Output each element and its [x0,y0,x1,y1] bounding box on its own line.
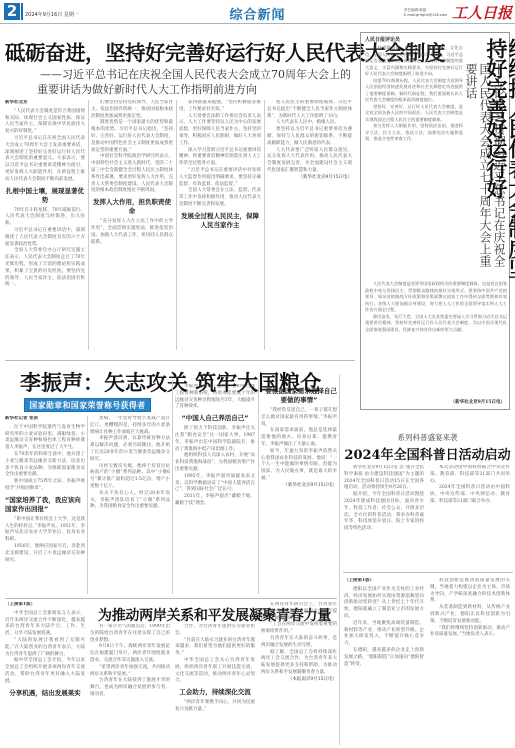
paragraph: 获得感越来越强。“坚持积极稳妥推进，工作要求有实效。” [179,100,261,114]
column-rule [264,100,265,350]
paragraph: 踔厉奋发、笃行不怠，全国人大及其常委会要深入学习贯彻习近平总书记重要讲话精神，坚… [365,314,507,334]
paragraph: 深入学习贯彻习近平总书记重要讲话精神，将重要讲话精神贯彻落实到人大工作的全过程各… [179,148,261,168]
paragraph: 从装备制造到新材料，从传统产业到新兴产业，德阳正以科技创新为引领，不断培育发展新… [430,605,510,625]
column-rule [258,380,259,594]
paragraph: 据中华全国总工会介绍，今年以来全国总工会组织开展多项两岸青年交流活动，帮助台湾青… [5,658,85,685]
commentary-body: 坚持道路自信、理论自信、制度自信、文化自信，全国人民代表大会成立70周年大会上，… [365,45,463,281]
paragraph: 有一家小名气的甜点店。1990年出生的陈姓台湾青年在这里实现了自己的创业梦想。 [90,624,170,644]
paragraph: “两岸青年要携手同心，共同为民族复兴贡献力量。” [175,700,255,714]
paragraph: 人民代表大会制度是党领导国家政权机关的重要制度载体，也是党在国家政权中充分发扬民… [365,281,507,314]
section-divider [5,598,337,599]
paragraph: “大陆的发展让我看到了无限可能。”在大陆创业的台湾青年表示，大陆为台湾青年提供了… [5,638,85,658]
lead-column-1: 新华社北京 “人民代表大会制度是符合我国国情和实际、体现社会主义国家性质、保证人… [5,100,85,355]
lead-subhead-3: 发展全过程人民民主，保障人民当家作主 [179,212,261,230]
paragraph: 2024年全国科普日活动由中国科协、中央宣传部、中央网信办、教育部、科技部等21… [430,485,510,505]
paragraph: 科技创新是推动高质量发展的关键。当地着力构建以企业为主体、市场为导向、产学研深度… [430,578,510,605]
commentary-headline[interactable]: 继续把人民代表大会制度坚持好完善好运行好 [485,38,515,278]
lead-signoff: （新华社北京9月15日电） [267,175,352,182]
lead-subheadline-line2: 重要讲话为做好新时代人大工作指明前进方向 [37,82,351,97]
commentary-body-bottom: 人民代表大会制度是党领导国家政权机关的重要制度载体，也是党在国家政权中充分发扬民… [365,281,507,405]
lead-subheadline-line1: ——习近平总书记在庆祝全国人民代表大会成立70周年大会上的 [40,68,351,81]
paragraph: 据了解，全国总工会将持续深化两岸工会交流合作，为台湾青年来大陆发展提供更多支持和… [261,650,337,677]
paragraph: 制度优势是一个国家最大的优势和最根本的优势。习近平总书记指出，“坚持好、完善好、… [91,120,173,154]
continued-column-1: （上接第1版） 德阳以全国产业作为支柱的工业经济，经济发展如何实现由资源依赖型向… [344,578,424,746]
paragraph: 习近平总书记在重要讲话中，深刻阐述了人民代表大会制度具有的六个方面显著政治优势。 [5,228,85,248]
paragraph: 位于中国科学院遗传与发育生物学研究所的小麦试验田里，满眼绿意。小麦远缘杂交育种和… [5,425,85,452]
li-subhead-1: “国家培养了我，我应该向国家作出回报” [5,496,85,514]
cross-strait-column-3: 在两岸青年研讨会上，台湾青年代表表示，大陆的发展为台湾青年提供了广阔的空间。 “… [261,602,337,746]
lead-column-3: 获得感越来越强。“坚持积极稳妥推进，工作要求有实效。” 人大常委会法制工作委员会… [179,100,261,355]
li-subhead-3: “要根据国家需求选择自己要做的事情” [261,387,337,405]
paragraph: “我们将继续坚持创新驱动，推动产业高质量发展。”当地负责人表示。 [430,626,510,640]
paragraph: 历经无数次失败，他终于培育出抗病高产的“小偃”系列品种。其中“小偃6号”累计推广… [90,464,170,491]
science-column-2: 本次活动由中国科协联合中央宣传部、教育部、科技部等21部门共同举办。 2024年… [430,465,510,545]
paragraph: 人大代表要广泛听取人民群众意见，充分发挥人大代表作用，推动人民代表大会制度发展完… [267,148,352,175]
column-rule [339,375,340,745]
paragraph: 程人民民主的重要制度载体。习近平总书记提出“不断健全人民当家作主制度体系”，为新… [267,100,352,120]
paragraph: 麦病，一年里曾导致小麦减产超百亿斤。更糟糕的是，持续多年的小麦条锈病让育种工作面… [90,416,170,436]
section-divider [343,572,513,573]
paragraph: 1956年，他响应国家号召，奔赴西北支援建设，开启了小麦远缘杂交育种研究。 [5,544,85,564]
paragraph: 合作，为台湾青年提供实习就业机会。 [175,624,255,638]
paragraph: 近年来，当地聚焦高端装备制造、新材料等产业，推动产业转型升级。企业加大研发投入，… [344,621,424,648]
science-headline[interactable]: 2024年全国科普日活动启动 [340,444,515,463]
paragraph: 除了致力于科技创新，李振声还关注着“粮食安全”这一国家大事。1987年，李振声出… [175,426,255,453]
paragraph: 2011年，李振声提出“藏粮于地、藏粮于技”理念。 [175,494,255,508]
li-column-2: 麦病，一年里曾导致小麦减产超百亿斤。更糟糕的是，持续多年的小麦条锈病让育种工作面… [90,416,170,596]
paragraph: 功夫不负有心人。经过20多年攻关，李振声团队培育了“小偃”系列品种，为我国粮食安… [90,491,170,511]
honor-tag-banner: 国家勋章和国家荣誉称号获得者 [24,398,151,412]
paragraph: “希望两岸青年加强交流，共同推动两岸关系和平发展。” [90,665,170,679]
paragraph: 充分发挥人大职能作用，坚持依法治国，推进科学立法、民主立法、依法立法，加强宪法实… [365,123,463,143]
paragraph: 在两岸青年研讨会上，台湾青年代表表示，大陆的发展为台湾青年提供了广阔的空间。 [261,602,337,622]
paragraph: 要坚持以习近平总书记重要讲话为遵循，保持与人民群众的密切联系，不断提高履职能力，… [267,127,352,147]
column-rule [172,380,173,594]
paragraph: 70年在斗转星移，70年砥砺前行。人民代表大会制度与时俱进，历久弥新。 [5,208,85,228]
column-rule [88,100,89,350]
column-rule [176,100,177,350]
paragraph: 在70余年的科研生涯中，他开创了小麦与偃麦草远缘杂交新方法，培育出多个优良小麦品… [5,452,85,479]
bottom-left-column: （上接第1版） 中华全国总工会新闻发言人表示，近年来两岸交流合作不断深化，越来越… [5,602,85,746]
li-subhead-2: “中国人自己养活自己” [175,414,255,423]
paragraph: 9月8日下午，海峡两岸青年发展论坛在福建厦门举行，两岸青年围绕就业创业、交流合作… [90,644,170,664]
paragraph: 李振声还创建了蓝粒小麦和染色体工程育种新系统，将原本需要数十年的远缘杂交育种过程… [175,384,255,411]
cross-strait-signoff: （本报南京9月15日电） [261,677,337,684]
masthead: 2 2024年9月16日 星期一 综合新闻 责任编辑:蒋菡 E-mail:grr… [0,0,515,24]
lead-subheadline: ——习近平总书记在庆祝全国人民代表大会成立70周年大会上的 重要讲话为做好新时代… [40,67,351,97]
paragraph: 李振声意识到，仅靠传统育种方法难以解决问题，必须另辟蹊径。他开始了长达20多年的… [90,436,170,463]
lead-column-4: 程人民民主的重要制度载体。习近平总书记提出“不断健全人民当家作主制度体系”，为新… [267,100,352,350]
paragraph: “充分发挥人大在立法工作中的主导作用”，全面贯彻实施宪法，推进依宪治国。加强人大… [91,219,173,246]
paragraph: 全国人大常委会在立法、监督、代表等工作中发挥积极作用，推动人民代表大会制度不断完… [179,188,261,208]
bottom-left-subhead: 分享机遇，结出发展果实 [5,689,85,698]
paragraph: 坚持道路自信、理论自信、制度自信、文化自信，全国人民代表大会成立70周年大会上，… [365,45,463,78]
paragraph: 中国社会科学院政治学研究所表示，中国特色社会主义进入新时代，党的二十届三中全会就… [91,154,173,195]
paragraph: 台湾青年在大陆找到了施展才华的舞台，也成为两岸融合发展的参与者、推动者。 [90,678,170,698]
li-column-4: “要根据国家需求选择自己要做的事情” “我经常反思自己，一辈子都在想怎么做对国家… [261,384,337,596]
paragraph: 德阳以全国产业作为支柱的工业经济，经济发展如何实现由资源依赖型向创新驱动型转变？… [344,587,424,621]
paragraph: “习近平总书记在重要讲话中对发挥人大监督作用提出明确要求，要坚持正确监督、有效监… [179,168,261,188]
lead-subhead-1: 扎根中国土壤，展现显著优势 [5,187,85,205]
continued-column-2: 科技创新是推动高质量发展的关键。当地着力构建以企业为主体、市场为导向、产学研深度… [430,578,510,746]
li-byline: 新华社记者 张泉 [5,416,85,423]
paragraph: “新中国让我有机会上大学，这是我人生的转折点。”李振声说。1951年，李振声从北… [5,517,85,544]
paragraph: 习近平总书记在庆祝全国人民代表大会成立70周年大会上发表重要讲话，深刻阐述了坚持… [5,136,85,184]
science-column-1: 新华社北京9月15日电 以“提升全民科学素质 协力建设科技强国”为主题的2024… [344,465,424,545]
li-column-1: 新华社记者 张泉 位于中国科学院遗传与发育生物学研究所的小麦试验田里，满眼绿意。… [5,416,85,596]
lead-subhead-2: 发挥人大作用，担负职责使命 [91,198,173,216]
paragraph: 坚持好、完善好、运行好人民代表大会制度，是全党全国各族人民的共同责任。人民代表大… [365,104,463,124]
section-divider [5,360,355,361]
commentary-box: 人民日报评论员 坚持道路自信、理论自信、制度自信、文化自信，全国人民代表大会成立… [360,32,510,410]
column-rule [87,416,88,594]
paragraph: 据介绍，今年全国科普日活动围绕2024年建成科技强国目标，面向青少年、科技工作者… [344,492,424,533]
editor-email: E-mail:grrbjhc@126.com [404,13,447,18]
paragraph: 们要坚持坚持党的领导、人民当家作主、依法治国有机统一，推动国家根本政治制度更加成… [91,100,173,120]
lead-byline: 新华社北京 [5,100,85,107]
newspaper-logo: 工人日报 [452,2,512,23]
paragraph: 回望70年辉煌历程，人民代表大会制度为党领导人民创造经济快速发展奇迹和社会长期稳… [365,78,463,104]
paragraph: 本次活动由中国科协联合中央宣传部、教育部、科技部等21部门共同举办。 [430,465,510,485]
continued-byline: （上接第1版） [344,578,424,585]
li-signoff: （新华社北京9月15日电） [261,483,337,490]
lead-column-2: 们要坚持坚持党的领导、人民当家作主、依法治国有机统一，推动国家根本政治制度更加成… [91,100,173,355]
paragraph: 新中国成立75周年之际，李振声被授予“共和国勋章”。 [5,479,85,493]
cross-strait-column-1: 有一家小名气的甜点店。1990年出生的陈姓台湾青年在这里实现了自己的创业梦想。 … [90,624,170,746]
paragraph: 如今，年逾九旬的李振声依然关心着我国农业科技的发展。他说：“一个人一生中能做的事… [261,449,337,483]
commentary-signoff: （新华社北京9月15日电） [451,399,505,405]
paragraph: 中华全国总工会关心台湾青年发展，组织两岸青年职工开展技能交流、文化交流等活动，推… [175,658,255,685]
cross-strait-subhead: 工会助力，持续深化交流 [175,688,255,697]
paragraph: 在德阳，越来越多的企业走上创新发展之路，“德阳制造”正加速向“德阳智造”转变。 [344,648,424,668]
paragraph: “人民代表大会制度是符合我国国情和实际、体现社会主义国家性质、保证人民当家作主、… [5,109,85,136]
commentary-label: 人民日报评论员 [365,36,400,43]
science-series-label: 系列科普盛宴来袭 [340,432,515,443]
paragraph: 人大常委会法制工作委员会负责人表示，人大工作要坚持以人民为中心的发展思想，更好保… [179,114,261,148]
editor-info: 责任编辑:蒋菡 E-mail:grrbjhc@126.com [404,8,447,17]
li-column-3: 李振声还创建了蓝粒小麦和染色体工程育种新系统，将原本需要数十年的远缘杂交育种过程… [175,384,255,596]
paragraph: 1995年，李振声面对质疑发表文章，以科学数据论证了“中国人能养活自己”，得到国… [175,474,255,494]
paragraph: 在国家需求面前，他总是选择最需要他的地方。培养后辈、提携青年，李振声倾注了大量心… [261,428,337,448]
paragraph: 他组织科技人员深入农村，开展“农业科技黄淮海战役”，为我国粮食增产作出重要贡献。 [175,453,255,473]
paragraph: “我经常反思自己，一辈子都在想怎么做对国家最有用的事情。”李振声说。 [261,408,337,428]
bottom-left-byline: （上接第1版） [5,602,85,609]
paragraph: “目前在大陆实习就业的台湾青年越来越多，我们希望为他们提供更好的服务。” [175,638,255,658]
paragraph: 新华社北京9月15日电 以“提升全民科学素质 协力建设科技强国”为主题的2024… [344,465,424,492]
paragraph: “工会在两岸交流中发挥着重要的桥梁纽带作用。” [261,622,337,636]
paragraph: 中华全国总工会新闻发言人表示，近年来两岸交流合作不断深化，越来越多的台湾青年来大… [5,611,85,638]
paragraph: 全国人大常委会办公厅研究室副主任表示，人民代表大会制度走过了70年光辉历程，形成… [5,248,85,289]
cross-strait-column-2: 合作，为台湾青年提供实习就业机会。 “目前在大陆实习就业的台湾青年越来越多，我们… [175,624,255,746]
paragraph: 台湾青年在大陆的奋斗故事，是两岸融合发展的生动写照。 [261,636,337,650]
